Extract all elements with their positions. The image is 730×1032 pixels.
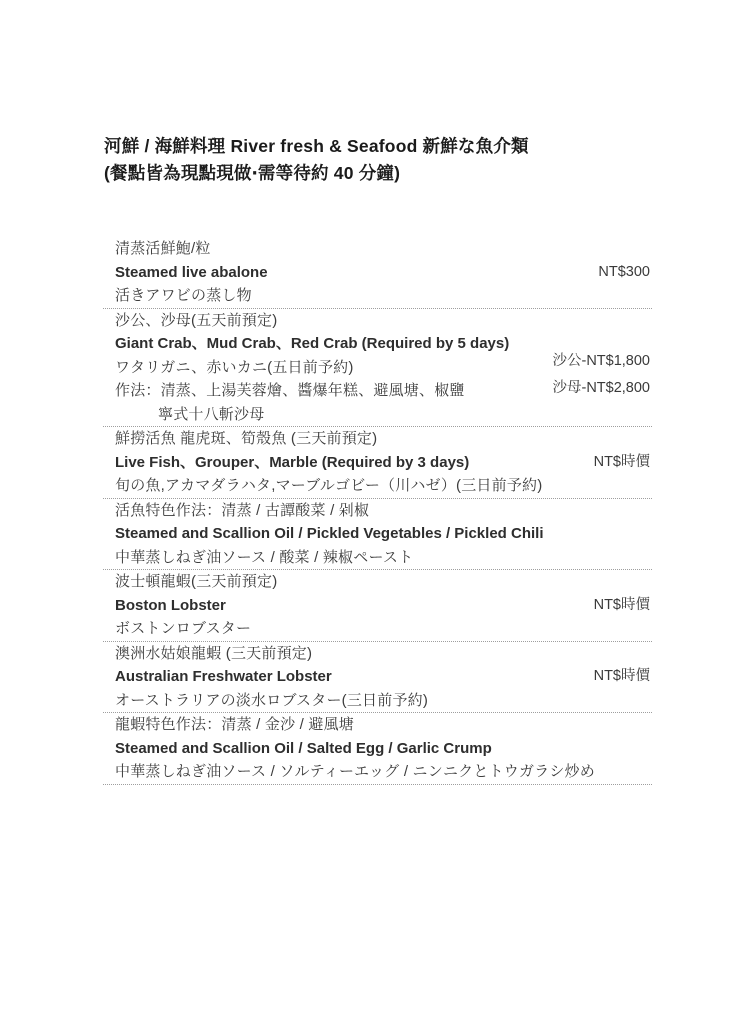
price: NT$300 (598, 261, 650, 285)
menu-item: 活魚特色作法：清蒸 / 古譚酸菜 / 剁椒Steamed and Scallio… (103, 499, 652, 571)
dish-line-ja: 中華蒸しねぎ油ソース / 酸菜 / 辣椒ペースト (103, 546, 652, 570)
menu-item: 澳洲水姑娘龍蝦 (三天前預定)Australian Freshwater Lob… (103, 642, 652, 714)
dish-line-en: Steamed live abalone (103, 261, 652, 285)
dish-line-zh: 鮮撈活魚 龍虎斑、筍殼魚 (三天前預定) (103, 427, 652, 451)
dish-line-en: Australian Freshwater Lobster (103, 665, 652, 689)
price-line: 沙母-NT$2,800 (552, 375, 650, 402)
menu-item: 龍蝦特色作法：清蒸 / 金沙 / 避風塘Steamed and Scallion… (103, 713, 652, 785)
menu-list: 清蒸活鮮鮑/粒Steamed live abalone活きアワビの蒸し物NT$3… (103, 237, 652, 785)
menu-page: 河鮮 / 海鮮料理 River fresh & Seafood 新鮮な魚介類 (… (0, 0, 730, 1032)
price-line: NT$時價 (594, 451, 650, 475)
dish-line-en: Boston Lobster (103, 594, 652, 618)
page-title: 河鮮 / 海鮮料理 River fresh & Seafood 新鮮な魚介類 (104, 133, 664, 160)
page-subtitle: (餐點皆為現點現做‧需等待約 40 分鐘) (104, 160, 664, 187)
menu-item: 鮮撈活魚 龍虎斑、筍殼魚 (三天前預定)Live Fish、Grouper、Ma… (103, 427, 652, 499)
dish-line-zh: 沙公、沙母(五天前預定) (103, 309, 652, 333)
menu-item: 沙公、沙母(五天前預定)Giant Crab、Mud Crab、Red Crab… (103, 309, 652, 428)
dish-line-en: Steamed and Scallion Oil / Salted Egg / … (103, 737, 652, 761)
price-line: NT$300 (598, 261, 650, 285)
price: NT$時價 (594, 451, 650, 475)
section-header: 河鮮 / 海鮮料理 River fresh & Seafood 新鮮な魚介類 (… (104, 133, 664, 187)
menu-item: 波士頓龍蝦(三天前預定)Boston LobsterボストンロブスターNT$時價 (103, 570, 652, 642)
dish-line-ja: オーストラリアの淡水ロブスター(三日前予約) (103, 689, 652, 713)
price-line: NT$時價 (594, 594, 650, 618)
dish-line-en: Live Fish、Grouper、Marble (Required by 3 … (103, 451, 652, 475)
dish-line-zh: 波士頓龍蝦(三天前預定) (103, 570, 652, 594)
price-line: NT$時價 (594, 665, 650, 689)
dish-line-ja: 旬の魚,アカマダラハタ,マーブルゴビー（川ハゼ）(三日前予約) (103, 474, 652, 498)
price: NT$時價 (594, 665, 650, 689)
dish-line-ja: 活きアワビの蒸し物 (103, 284, 652, 308)
dish-line-en: Steamed and Scallion Oil / Pickled Veget… (103, 522, 652, 546)
price-line: 沙公-NT$1,800 (552, 348, 650, 375)
dish-line-zh: 活魚特色作法：清蒸 / 古譚酸菜 / 剁椒 (103, 499, 652, 523)
dish-line-zh: 清蒸活鮮鮑/粒 (103, 237, 652, 261)
price: 沙公-NT$1,800沙母-NT$2,800 (552, 348, 650, 402)
dish-line-zh: 澳洲水姑娘龍蝦 (三天前預定) (103, 642, 652, 666)
dish-line-ja: 中華蒸しねぎ油ソース / ソルティーエッグ / ニンニクとトウガラシ炒め (103, 760, 652, 784)
dish-line-ja: ボストンロブスター (103, 617, 652, 641)
price: NT$時價 (594, 594, 650, 618)
menu-item: 清蒸活鮮鮑/粒Steamed live abalone活きアワビの蒸し物NT$3… (103, 237, 652, 309)
dish-line-zh: 寧式十八斬沙母 (103, 403, 652, 427)
dish-line-zh: 龍蝦特色作法：清蒸 / 金沙 / 避風塘 (103, 713, 652, 737)
